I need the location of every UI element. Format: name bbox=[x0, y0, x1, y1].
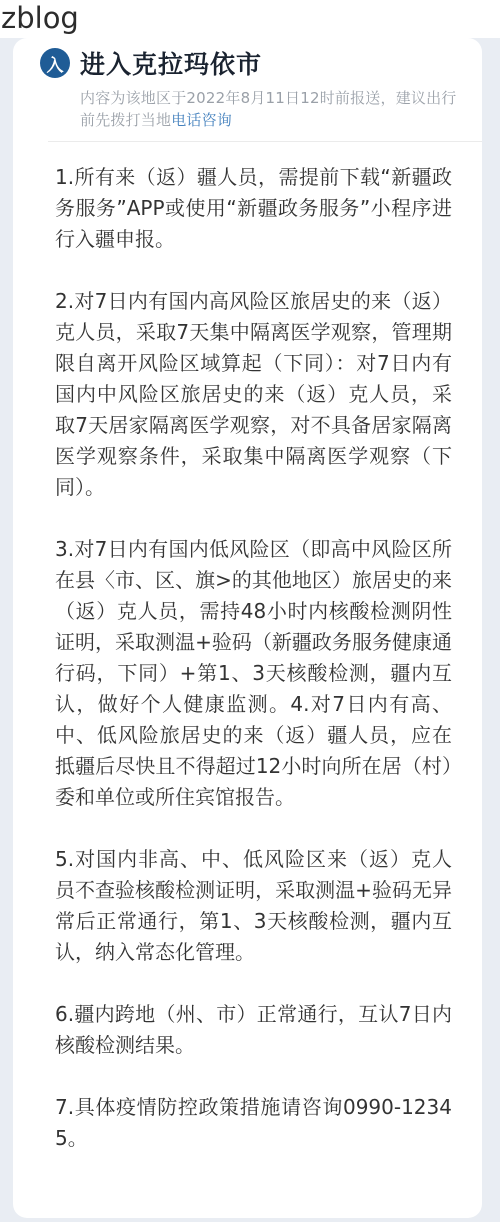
page-title: 进入克拉玛依市 bbox=[80, 45, 262, 81]
page-background: 入 进入克拉玛依市 内容为该地区于2022年8月11日12时前报送，建议出行前先… bbox=[0, 38, 500, 1222]
title-row: 入 进入克拉玛依市 bbox=[40, 45, 462, 81]
report-note: 内容为该地区于2022年8月11日12时前报送，建议出行前先拨打当地电话咨询 bbox=[80, 87, 458, 131]
site-logo[interactable]: zblog bbox=[1, 1, 79, 35]
policy-paragraph-2: 2.对7日内有国内高风险区旅居史的来（返）克人员，采取7天集中隔离医学观察，管理… bbox=[55, 286, 452, 503]
policy-body: 1.所有来（返）疆人员，需提前下载“新疆政务服务”APP或使用“新疆政务服务”小… bbox=[13, 142, 482, 1154]
policy-paragraph-3-4: 3.对7日内有国内低风险区（即高中风险区所在县〈市、区、旗>的其他地区）旅居史的… bbox=[55, 534, 452, 813]
card-header: 入 进入克拉玛依市 内容为该地区于2022年8月11日12时前报送，建议出行前先… bbox=[13, 38, 482, 131]
policy-paragraph-5: 5.对国内非高、中、低风险区来（返）克人员不查验核酸检测证明，采取测温+验码无异… bbox=[55, 844, 452, 968]
report-note-text: 内容为该地区于2022年8月11日12时前报送，建议出行前先拨打当地 bbox=[80, 89, 457, 129]
policy-paragraph-7: 7.具体疫情防控政策措施请咨询0990-12345。 bbox=[55, 1092, 452, 1154]
phone-consult-link[interactable]: 电话咨询 bbox=[171, 111, 232, 129]
policy-paragraph-1: 1.所有来（返）疆人员，需提前下载“新疆政务服务”APP或使用“新疆政务服务”小… bbox=[55, 162, 452, 255]
policy-paragraph-6: 6.疆内跨地（州、市）正常通行，互认7日内核酸检测结果。 bbox=[55, 999, 452, 1061]
top-bar: zblog bbox=[0, 0, 500, 38]
enter-icon: 入 bbox=[40, 48, 70, 78]
enter-icon-glyph: 入 bbox=[47, 51, 64, 76]
policy-card: 入 进入克拉玛依市 内容为该地区于2022年8月11日12时前报送，建议出行前先… bbox=[13, 38, 482, 1218]
